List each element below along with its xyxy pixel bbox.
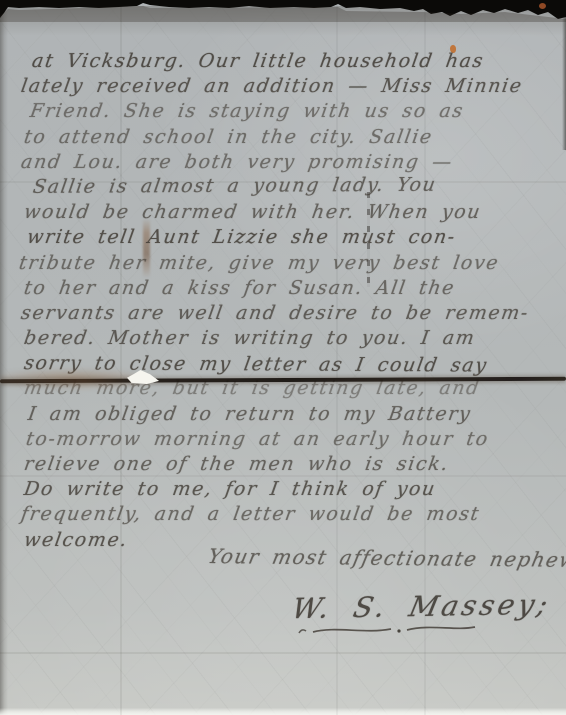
letter-line: relieve one of the men who is sick. (0, 453, 566, 478)
letter-line: servants are well and desire to be remem… (0, 302, 566, 327)
letter-scan: at Vicksburg. Our little household has l… (0, 0, 566, 715)
paper-edge-fade-bottom (0, 708, 566, 715)
letter-line: and Lou. are both very promising — (0, 151, 566, 176)
letter-line: to attend school in the city. Sallie (0, 126, 566, 151)
letter-line: Sallie is almost a young lady. You (0, 173, 566, 201)
letter-line: at Vicksburg. Our little household has (0, 50, 566, 75)
letter-line: write tell Aunt Lizzie she must con- (0, 226, 566, 251)
letter-line: tribute her mite, give my very best love (0, 252, 566, 277)
letter-line: frequently, and a letter would be most (0, 503, 566, 528)
letter-line: Friend. She is staying with us so as (0, 100, 566, 125)
letter-line: I am obliged to return to my Battery (0, 403, 566, 428)
rust-speck (539, 3, 546, 9)
letter-line: Do write to me, for I think of you (0, 478, 566, 503)
torn-top-edge (0, 0, 566, 24)
letter-line: to her and a kiss for Susan. All the (0, 277, 566, 302)
letter-line: bered. Mother is writing to you. I am (0, 327, 566, 352)
letter-line: lately received an addition — Miss Minni… (0, 75, 566, 100)
letter-line: would be charmed with her. When you (0, 201, 566, 226)
letter-signature: W. S. Massey; (289, 588, 554, 625)
fold-crease-horizontal-faint (0, 652, 566, 654)
letter-closing: Your most affectionate nephew. (206, 544, 566, 572)
signature-flourish-underline (295, 622, 485, 638)
letter-line: to-morrow morning at an early hour to (0, 428, 566, 453)
letter-body: at Vicksburg. Our little household has l… (0, 50, 566, 554)
